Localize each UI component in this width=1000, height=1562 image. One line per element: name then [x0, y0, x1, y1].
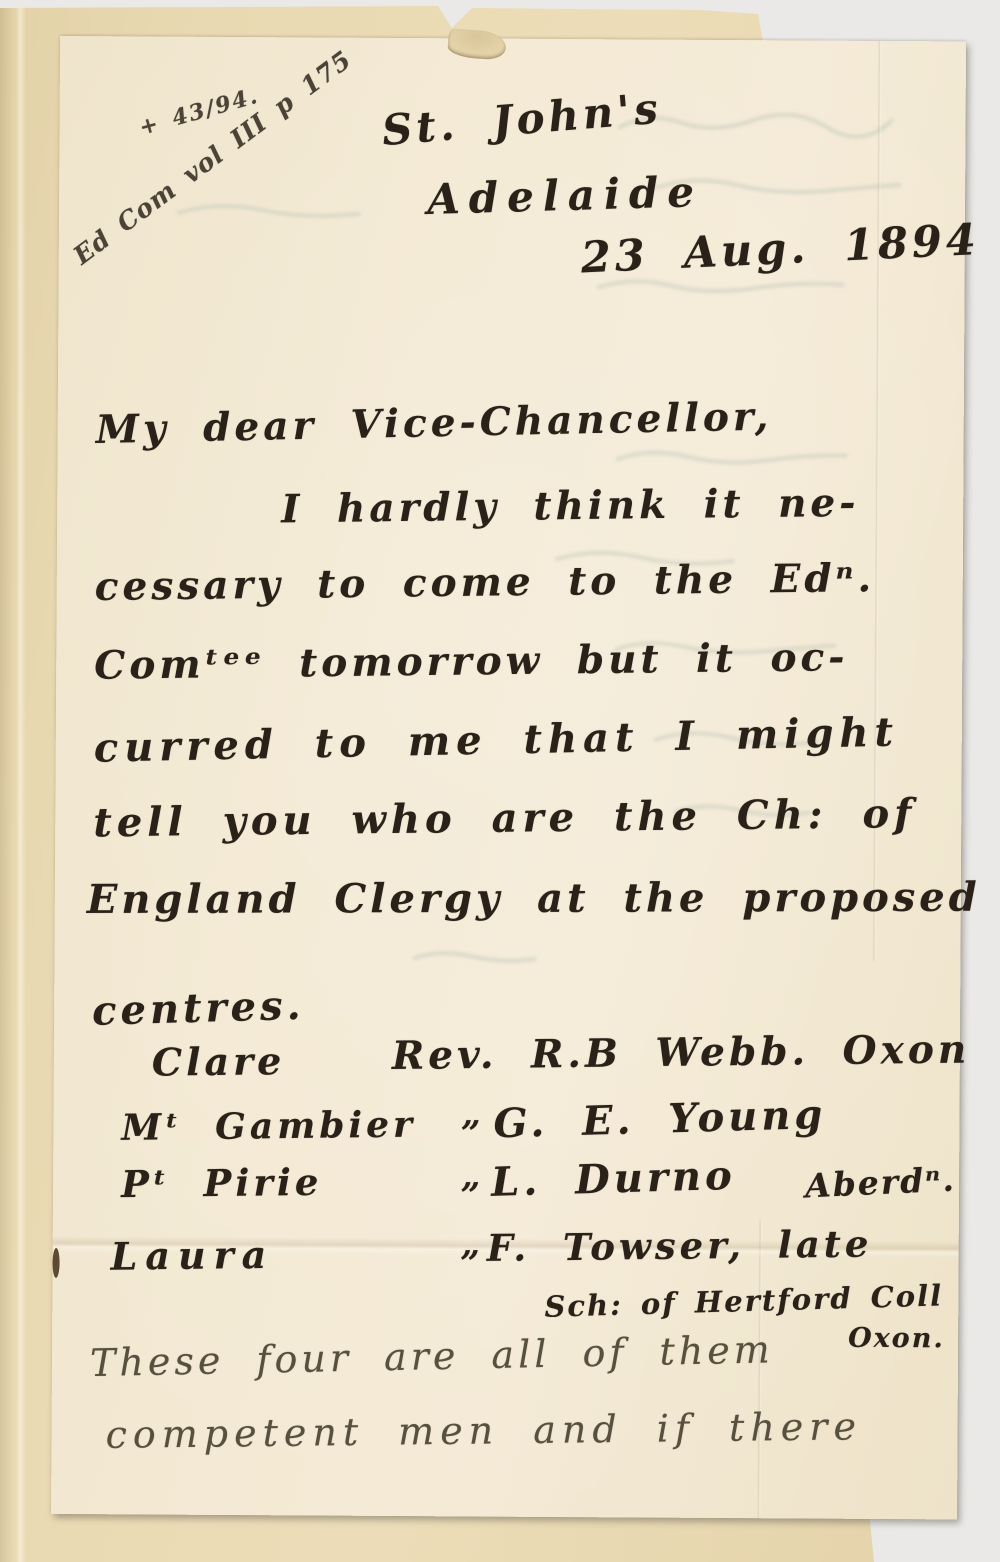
heading-city: Adelaide — [426, 167, 703, 224]
body-line-3: Comᵗᵉᵉ tomorrow but it oc- — [94, 634, 849, 689]
body-line-2: cessary to come to the Edⁿ. — [94, 555, 875, 610]
closing-line-2: competent men and if there — [105, 1404, 862, 1457]
body-line-6: England Clergy at the proposed — [87, 874, 981, 923]
edge-nick — [52, 1248, 59, 1278]
archival-reference: Ed Com vol III p 175 — [68, 45, 357, 270]
body-line-4: curred to me that I might — [93, 709, 899, 772]
place-cell: Pᵗ Pirie — [121, 1160, 323, 1206]
closing-line-1: These four are all of them — [90, 1327, 775, 1385]
scanned-letter: + 43/94. Ed Com vol III p 175 St. John's… — [0, 0, 1000, 1562]
place-cell: Mᵗ Gambier — [121, 1104, 416, 1149]
ditto-mark: „ — [461, 1156, 485, 1196]
heading-date: 23 Aug. 1894 — [580, 215, 981, 283]
place-cell: Clare — [152, 1038, 286, 1085]
ditto-mark: „ — [461, 1094, 485, 1134]
body-line-1: I hardly think it ne- — [281, 480, 860, 533]
name-cell: L. Durno — [490, 1152, 736, 1206]
college-note-line-2: Oxon. — [848, 1323, 945, 1355]
name-cell: G. E. Young — [493, 1091, 827, 1148]
ditto-mark: „ — [461, 1224, 485, 1264]
note-cell: Aberdⁿ. — [804, 1160, 956, 1206]
letter-page: + 43/94. Ed Com vol III p 175 St. John's… — [51, 36, 966, 1520]
salutation-line: My dear Vice-Chancellor, — [95, 393, 772, 453]
name-cell: F. Towser, late — [486, 1222, 872, 1270]
college-note-line-1: Sch: of Hertford Coll — [544, 1278, 944, 1323]
body-line-5: tell you who are the Ch: of — [93, 790, 917, 846]
name-cell: Rev. R.B Webb. Oxon — [392, 1026, 971, 1079]
heading-place: St. John's — [380, 83, 663, 155]
body-line-7: centres. — [91, 982, 305, 1035]
place-cell: Laura — [110, 1232, 274, 1279]
